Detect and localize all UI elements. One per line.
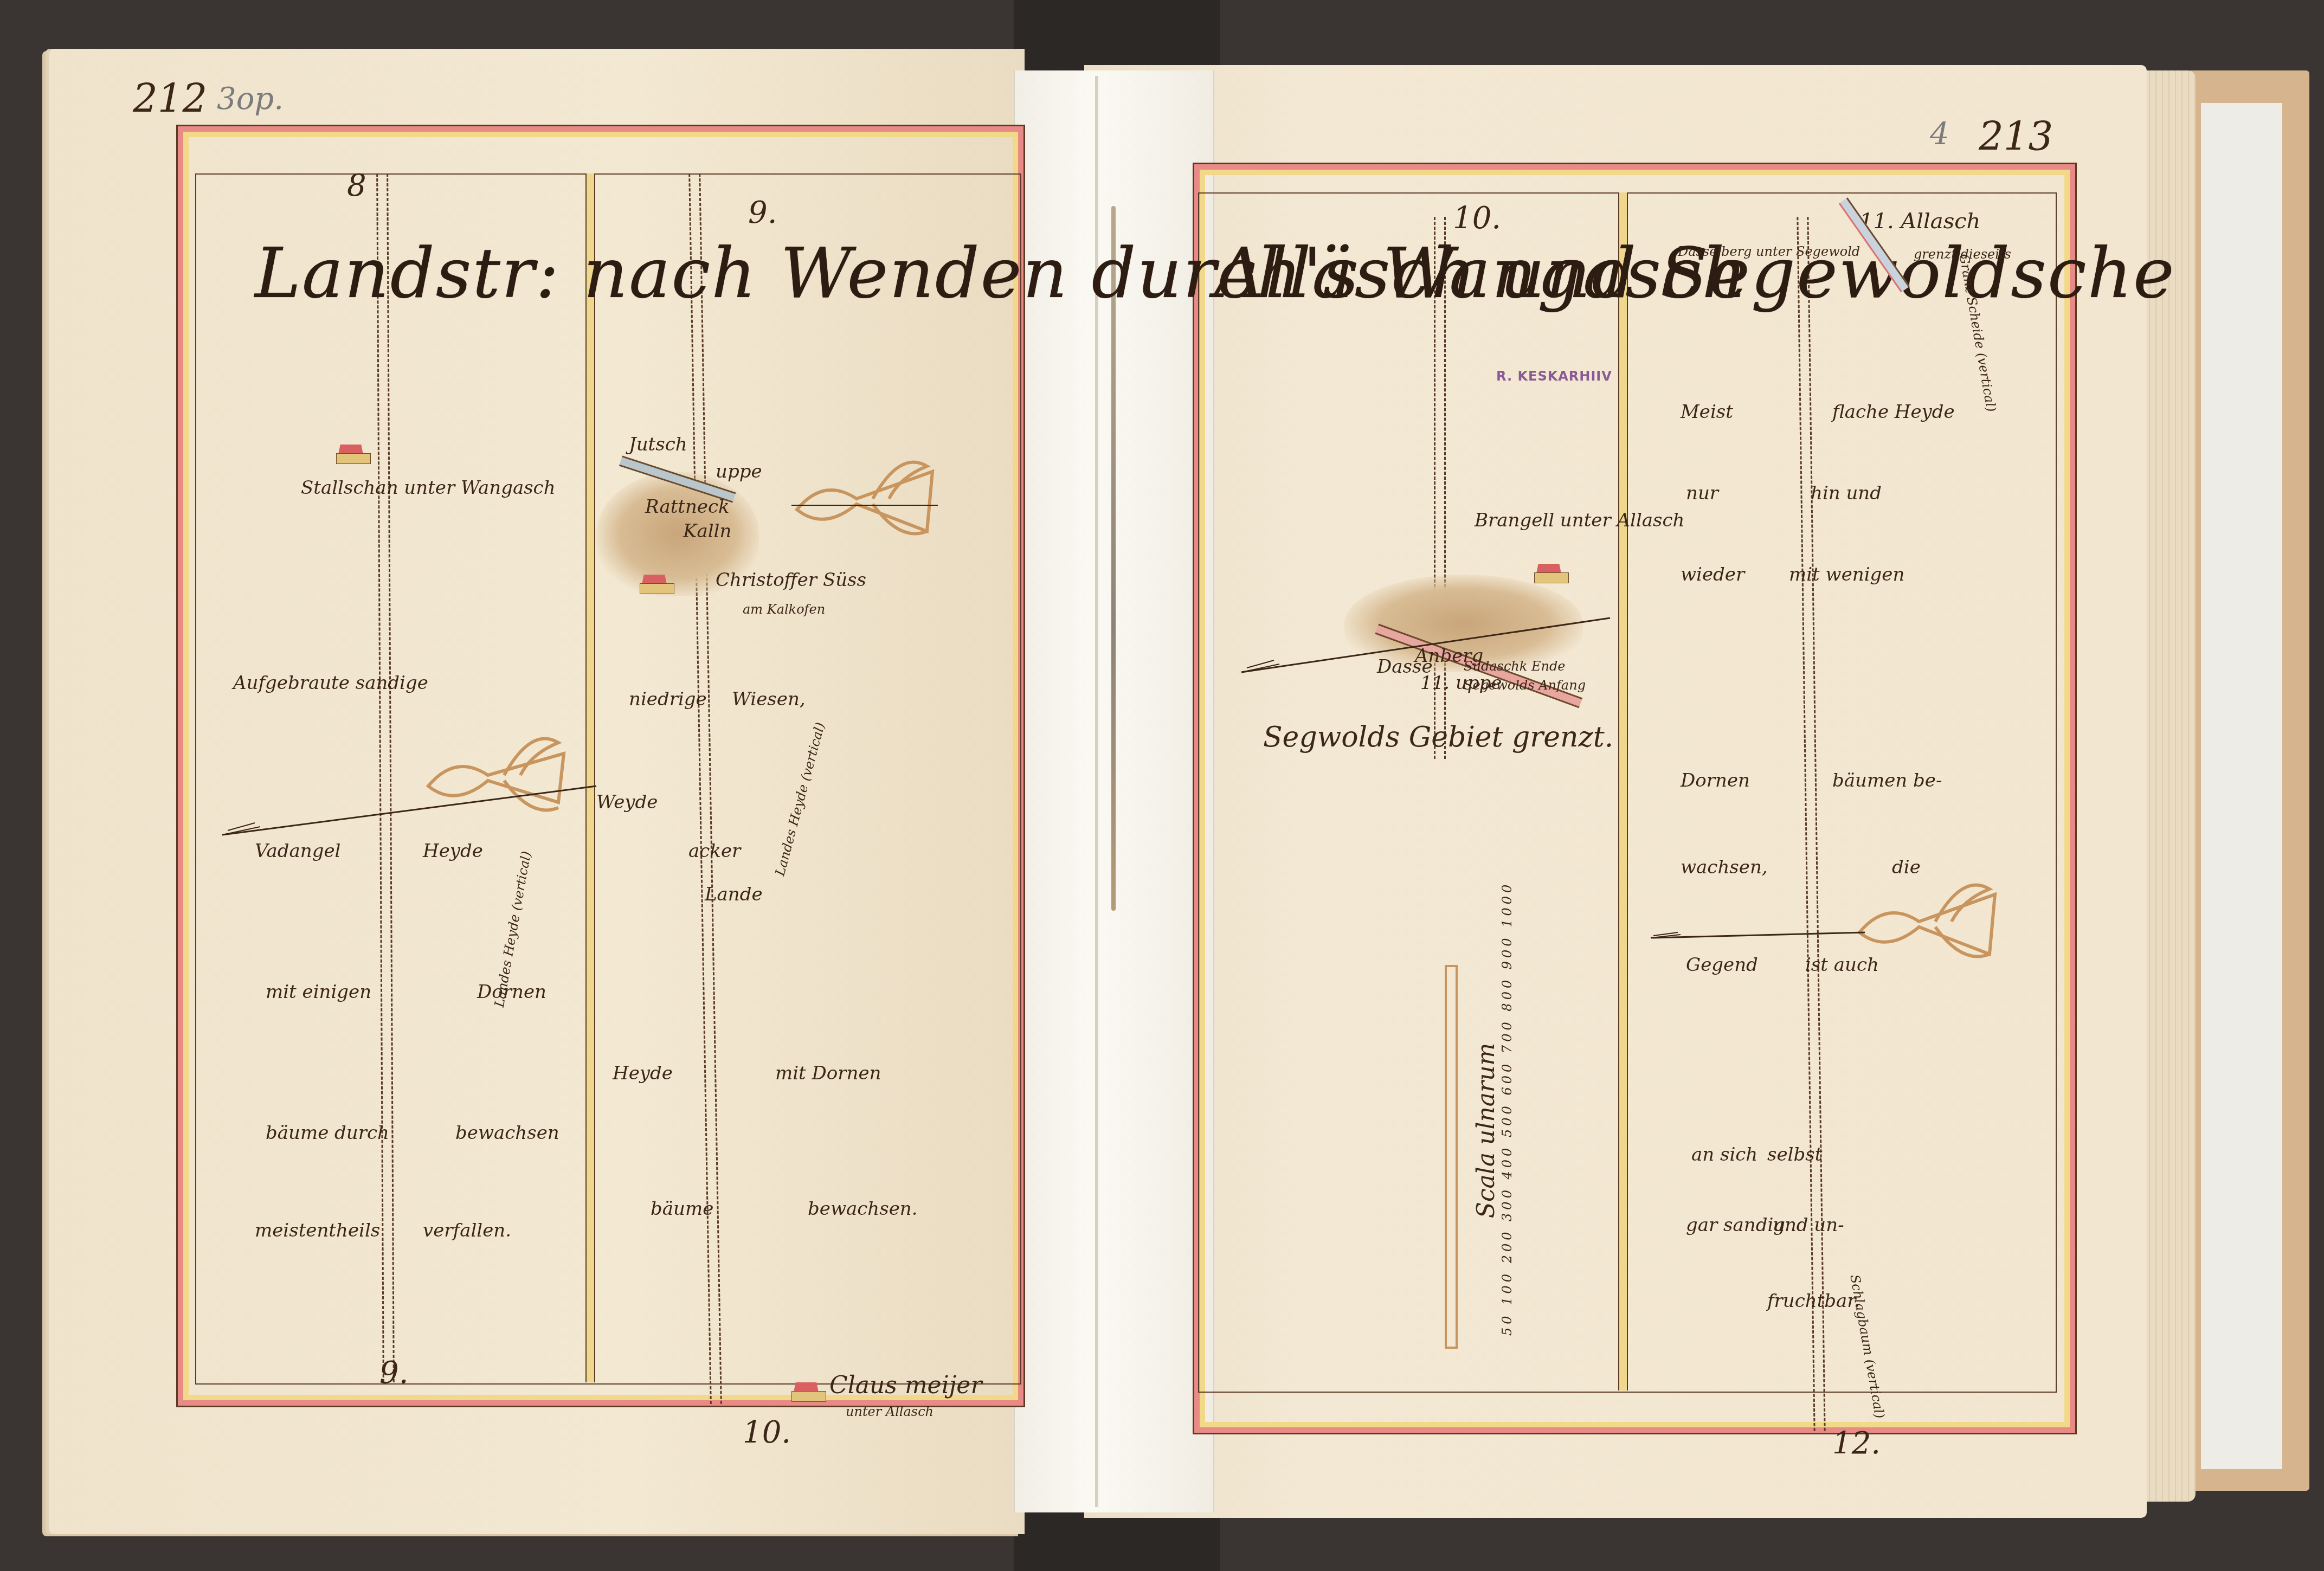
label-baume-durch: bäume durch bbox=[266, 1122, 389, 1144]
label-christoffer-suss: Christoffer Süss bbox=[716, 569, 866, 591]
label-verfallen: verfallen. bbox=[423, 1220, 511, 1241]
label-brangell: Brangell unter Allasch bbox=[1475, 510, 1684, 531]
label-flache-heyde: flache Heyde bbox=[1832, 401, 1955, 423]
scale-tick: 900 bbox=[1499, 935, 1515, 969]
marker-9-bottom: 9. bbox=[379, 1355, 408, 1390]
scale-tick: 400 bbox=[1499, 1145, 1515, 1180]
label-und-un: und un- bbox=[1773, 1214, 1844, 1236]
label-meist: Meist bbox=[1681, 401, 1733, 423]
scale-tick: 50 bbox=[1499, 1312, 1515, 1336]
label-mit-wenigen: mit wenigen bbox=[1789, 564, 1904, 585]
label-fruchtbar: fruchtbar. bbox=[1767, 1290, 1860, 1312]
scale-tick: 200 bbox=[1499, 1229, 1515, 1264]
label-wachsen: wachsen, bbox=[1681, 857, 1768, 878]
board-pastedown bbox=[2201, 103, 2282, 1469]
house-icon bbox=[791, 1382, 826, 1402]
marker-10-bottom: 10. bbox=[743, 1415, 791, 1450]
label-vadangel: Vadangel bbox=[255, 840, 340, 862]
label-hin-und: hin und bbox=[1811, 482, 1882, 504]
label-baume-2: bäume bbox=[651, 1198, 713, 1220]
label-kalln: Kalln bbox=[683, 520, 731, 542]
label-unter-allasch: unter Allasch bbox=[846, 1404, 934, 1419]
marker-8: 8 bbox=[347, 168, 366, 203]
label-acker: acker bbox=[688, 840, 741, 862]
archive-stamp: R. KESKARHIIV bbox=[1496, 369, 1612, 384]
left-pencil-note: 3op. bbox=[217, 81, 284, 117]
scale-ticks: 50 100 200 300 400 500 600 700 800 900 1… bbox=[1499, 956, 1515, 1336]
left-page-number: 212 bbox=[133, 76, 207, 121]
label-ist-auch: ist auch bbox=[1805, 954, 1879, 976]
label-dasselberg: Dasselberg unter Segewold bbox=[1678, 244, 1860, 259]
label-wieder: wieder bbox=[1681, 564, 1744, 585]
right-column-divider bbox=[1618, 192, 1628, 1390]
label-nur: nur bbox=[1686, 482, 1718, 504]
compass-rose-icon bbox=[791, 445, 943, 548]
label-gegend: Gegend bbox=[1686, 954, 1758, 976]
label-selbst: selbst bbox=[1767, 1144, 1822, 1166]
label-jutsch: Jutsch bbox=[629, 434, 687, 455]
scale-tick: 300 bbox=[1499, 1187, 1515, 1221]
scale-title: Scala ulnarum bbox=[1472, 1043, 1500, 1218]
marker-9-top: 9. bbox=[748, 195, 777, 230]
label-bewachsen: bewachsen bbox=[455, 1122, 559, 1144]
label-weyde: Weyde bbox=[596, 791, 658, 813]
label-meistentheils: meistentheils bbox=[255, 1220, 380, 1241]
label-am-kalkofen: am Kalkofen bbox=[743, 602, 825, 617]
right-pencil-note: 4 bbox=[1930, 117, 1949, 152]
label-segwolds-gebiet: Segwolds Gebiet grenzt. bbox=[1263, 721, 1613, 754]
scale-tick: 1000 bbox=[1499, 881, 1515, 928]
label-mit-dornen: mit Dornen bbox=[775, 1063, 881, 1084]
house-icon bbox=[640, 575, 674, 594]
label-stallschan: Stallschan unter Wangasch bbox=[301, 477, 556, 499]
label-gar-sandig: gar sandig bbox=[1686, 1214, 1785, 1236]
house-icon bbox=[336, 445, 371, 464]
label-an-sich: an sich bbox=[1691, 1144, 1758, 1166]
label-dornen: Dornen bbox=[477, 981, 546, 1003]
label-aufgebraute: Aufgebraute sandige bbox=[233, 672, 428, 694]
marker-10-top: 10. bbox=[1453, 201, 1501, 236]
label-bewachsen-2: bewachsen. bbox=[808, 1198, 917, 1220]
label-dornen-r: Dornen bbox=[1681, 770, 1750, 791]
label-heyde-2: Heyde bbox=[613, 1063, 673, 1084]
label-claus-meijer: Claus meijer bbox=[829, 1372, 982, 1399]
scale-tick: 700 bbox=[1499, 1019, 1515, 1053]
marker-11-allasch: 11. Allasch bbox=[1859, 209, 1980, 234]
label-heyde: Heyde bbox=[423, 840, 483, 862]
label-mit-einigen: mit einigen bbox=[266, 981, 371, 1003]
north-arrow-icon bbox=[1648, 916, 1865, 949]
north-arrow-icon bbox=[1236, 613, 1615, 678]
scale-tick: 800 bbox=[1499, 977, 1515, 1012]
scale-tick: 600 bbox=[1499, 1061, 1515, 1096]
label-lande: Lande bbox=[705, 884, 763, 905]
north-arrow-icon bbox=[217, 781, 607, 846]
marker-12-bottom: 12. bbox=[1832, 1426, 1881, 1461]
scale-bar bbox=[1445, 965, 1458, 1349]
label-wiesen: Wiesen, bbox=[732, 688, 806, 710]
scale-tick: 500 bbox=[1499, 1103, 1515, 1137]
label-niedrige: niedrige bbox=[629, 688, 707, 710]
scale-tick: 100 bbox=[1499, 1271, 1515, 1305]
house-icon bbox=[1534, 564, 1569, 583]
label-rattneck: Rattneck bbox=[645, 496, 730, 518]
left-column-divider bbox=[585, 173, 595, 1382]
right-page-number: 213 bbox=[1979, 114, 2053, 159]
label-baumen-be: bäumen be- bbox=[1832, 770, 1942, 791]
label-uppe: uppe bbox=[716, 461, 762, 482]
